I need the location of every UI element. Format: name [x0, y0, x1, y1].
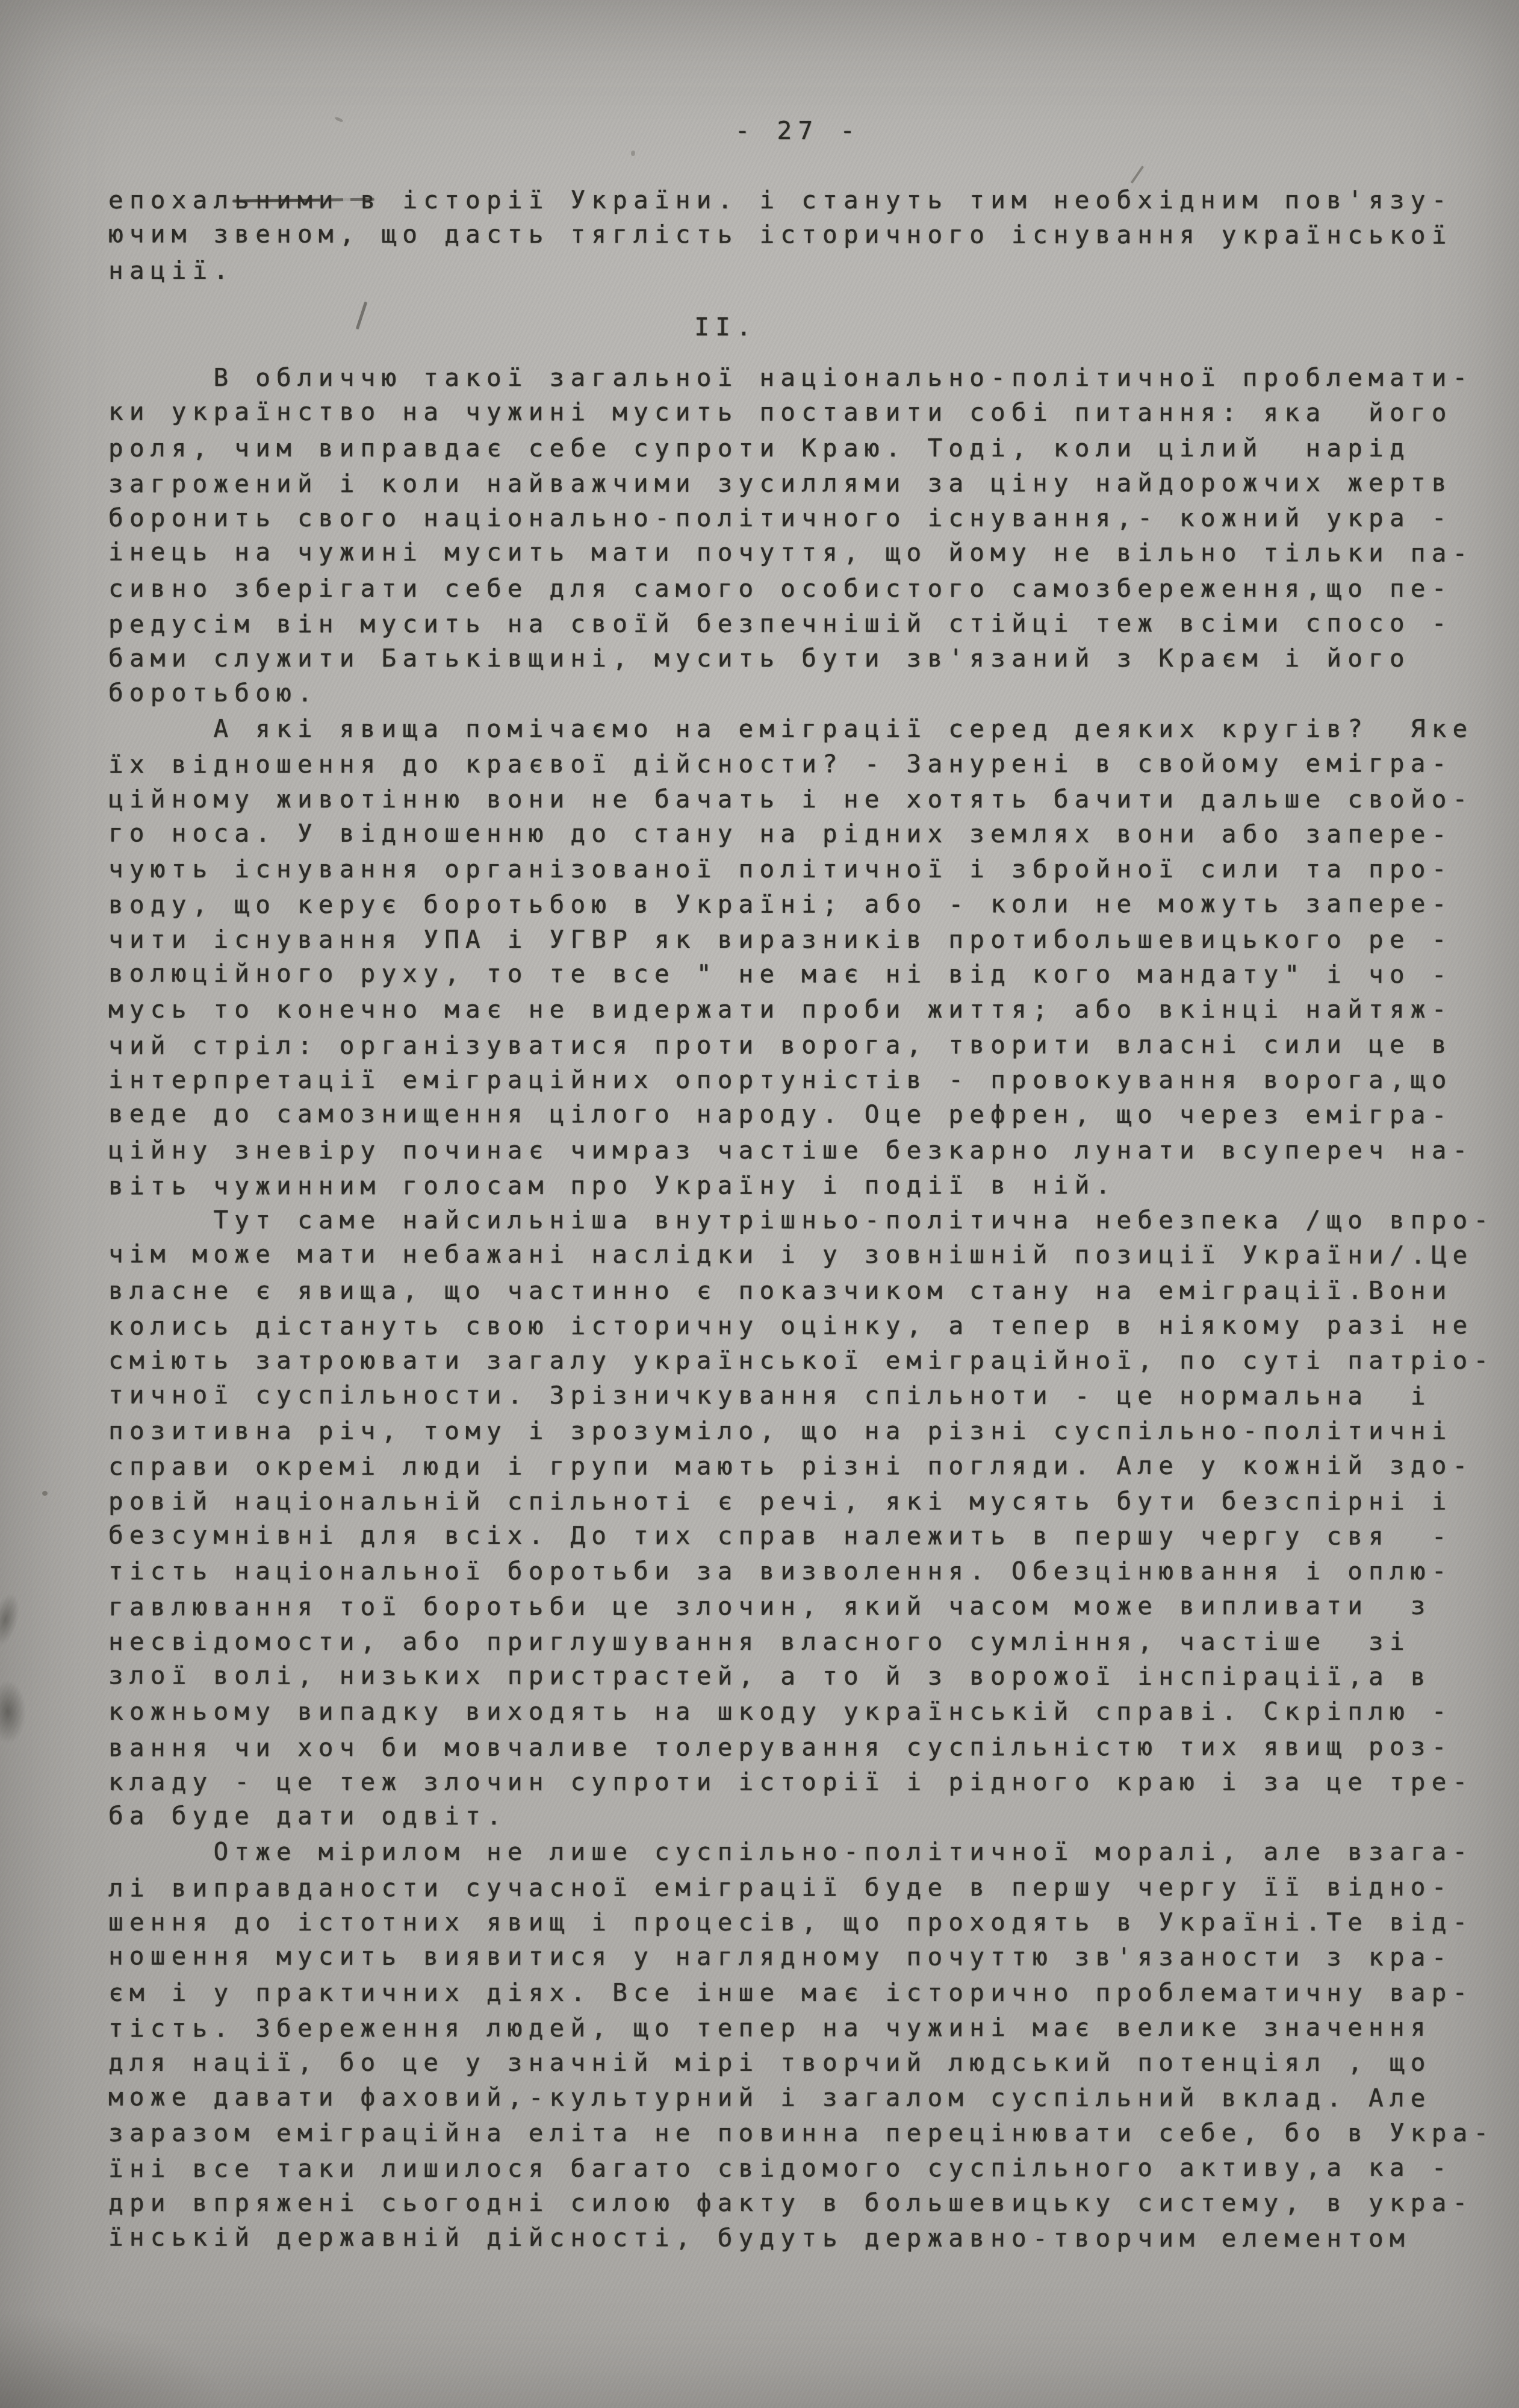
text-line: сміють затроювати загалу української емі… [108, 1343, 1494, 1378]
text-line: тість національної боротьби за визволенн… [108, 1554, 1494, 1588]
text-line: нації. [108, 253, 1453, 288]
text-line: тість. Збереження людей, що тепер на чуж… [108, 2010, 1494, 2046]
text-line: загрожений і коли найважчими зусиллями з… [108, 465, 1494, 501]
scan-shadow [0, 2312, 229, 2408]
text-line: безсумнівні для всіх. До тих справ належ… [108, 1517, 1494, 1554]
ink-smudge [0, 1667, 34, 1757]
page-body: В обличчю такої загальної національно-по… [108, 360, 1494, 2256]
text-line: лі виправданости сучасної еміграції буде… [108, 1869, 1494, 1905]
text-line: ровій національній спільноті є речі, які… [108, 1484, 1494, 1519]
text-line: Тут саме найсильніша внутрішньо-політичн… [108, 1202, 1494, 1237]
text-line: кожньому випадку виходять на шкоду украї… [108, 1694, 1494, 1729]
text-line: віть чужинним голосам про Україну і поді… [108, 1167, 1494, 1203]
text-line: В обличчю такої загальної національно-по… [108, 360, 1494, 395]
text-line: чують існування організованої політичної… [108, 851, 1494, 886]
text-line: боронить свого національно-політичного і… [108, 500, 1494, 535]
ink-smudge [0, 1581, 31, 1659]
text-line: несвідомости, або приглушування власного… [108, 1624, 1494, 1659]
text-line: воду, що керує боротьбою в Україні; або … [108, 886, 1494, 922]
text-line: ційному животінню вони не бачать і не хо… [108, 782, 1494, 817]
text-line: сивно зберігати себе для самого особисто… [108, 571, 1494, 606]
text-line: гавлювання тої боротьби це злочин, який … [108, 1588, 1494, 1625]
text-line: волюційного руху, то те все " не має ні … [108, 956, 1494, 992]
section-heading: II. [0, 310, 1519, 344]
text-line: власне є явища, що частинно є показчиком… [108, 1273, 1494, 1308]
text-line: ношення мусить виявитися у наглядному по… [108, 1939, 1494, 1975]
text-line: дри впряжені сьогодні силою факту в боль… [108, 2185, 1494, 2220]
text-line: редусім він мусить на своїй безпечнішій … [108, 606, 1494, 642]
text-line: справи окремі люди і групи мають різні п… [108, 1448, 1494, 1484]
text-line: чім може мати небажані наслідки і у зовн… [108, 1237, 1494, 1273]
dust-speck [42, 1491, 48, 1496]
text-line: єм і у практичних діях. Все інше має іст… [108, 1975, 1494, 2010]
text-line: тичної суспільности. Зрізничкування спіл… [108, 1377, 1494, 1413]
text-line: інець на чужині мусить мати почуття, що … [108, 535, 1494, 571]
text-line: злої волі, низьких пристрастей, а то й з… [108, 1658, 1494, 1694]
text-line: Отже мірилом не лише суспільно-політично… [108, 1834, 1494, 1869]
text-line: ба буде дати одвіт. [108, 1799, 1494, 1835]
text-line: кладу - це теж злочин супроти історії і … [108, 1764, 1494, 1799]
text-line: бами служити Батьківщині, мусить бути зв… [108, 641, 1494, 676]
text-line: ки українство на чужині мусить поставити… [108, 394, 1494, 431]
text-line: А які явища помічаємо на еміграції серед… [108, 711, 1494, 746]
page-number: - 27 - [0, 113, 1519, 148]
text-line: чити існування УПА і УГВР як виразників … [108, 922, 1494, 957]
text-line: вання чи хоч би мовчаливе толерування су… [108, 1729, 1494, 1765]
text-line: їні все таки лишилося багато свідомого с… [108, 2150, 1494, 2186]
text-line: шення до істотних явищ і процесів, що пр… [108, 1905, 1494, 1940]
text-line: їнській державній дійсності, будуть держ… [108, 2220, 1494, 2256]
text-line: роля, чим виправдає себе супроти Краю. Т… [108, 431, 1494, 465]
text-line: ючим звеном, що дасть тяглість історично… [108, 217, 1453, 253]
text-line: інтерпретації еміграційних опортуністів … [108, 1062, 1494, 1097]
text-line: їх відношення до краєвої дійсности? - За… [108, 746, 1494, 782]
text-line: чий стріл: організуватися проти ворога, … [108, 1027, 1494, 1063]
text-line: мусь то конечно має не видержати проби ж… [108, 992, 1494, 1027]
text-line: ційну зневіру починає чимраз частіше без… [108, 1133, 1494, 1168]
text-line: колись дістануть свою історичну оцінку, … [108, 1308, 1494, 1344]
text-line: може давати фаховий,-культурний і загало… [108, 2079, 1494, 2115]
text-line: боротьбою. [108, 675, 1494, 711]
text-line: заразом еміграційна еліта не повинна пер… [108, 2115, 1494, 2150]
dust-speck [631, 151, 635, 156]
text-line: веде до самознищення цілого народу. Оце … [108, 1097, 1494, 1133]
text-line: позитивна річ, тому і зрозуміло, що на р… [108, 1413, 1494, 1448]
pen-scratch [1131, 166, 1145, 184]
text-line: го носа. У відношенню до стану на рідних… [108, 815, 1494, 851]
scanned-typewritten-page: - 27 - епохальними в історії України. і … [0, 0, 1519, 2408]
text-line: для нації, бо це у значній мірі творчий … [108, 2045, 1494, 2080]
